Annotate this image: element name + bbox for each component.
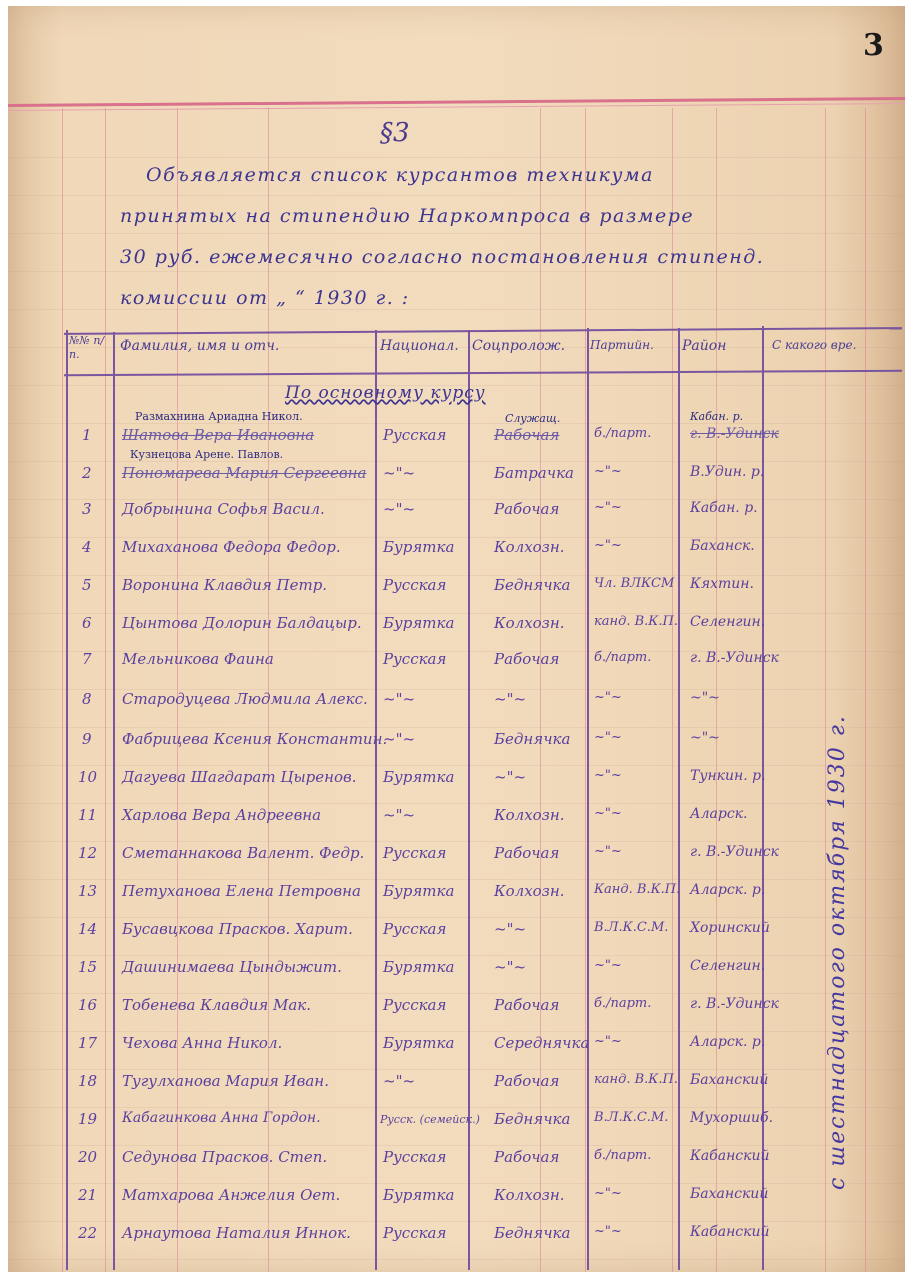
row-number: 19 [78, 1110, 97, 1128]
student-name: Дашинимаева Цындыжит. [122, 958, 342, 976]
party-status: канд. В.К.П. [594, 614, 678, 629]
student-name: Фабрицева Ксения Константин. [122, 730, 387, 748]
social-correction: Служащ. [505, 412, 560, 425]
party-status: ~"~ [594, 1034, 622, 1049]
district: г. В.-Удинск [690, 844, 779, 860]
party-status: ~"~ [594, 768, 622, 783]
party-status: б./парт. [594, 1148, 651, 1163]
heading-line-1: Объявляется список курсантов техникума [120, 155, 900, 196]
row-number: 13 [78, 882, 97, 900]
table-row: Кузнецова Арене. Павлов. 2 Пономарева Ма… [0, 458, 905, 496]
party-status: канд. В.К.П. [594, 1072, 678, 1087]
header-social: Соцпролож. [472, 338, 565, 354]
student-name: Арнаутова Наталия Иннок. [122, 1224, 351, 1242]
row-number: 6 [82, 614, 92, 632]
social-origin: Батрачка [494, 464, 574, 482]
party-status: ~"~ [594, 690, 622, 705]
table-row: 22 Арнаутова Наталия Иннок. Русская Бедн… [0, 1224, 905, 1262]
student-name: Добрынина Софья Васил. [122, 500, 325, 518]
nationality: Бурятка [383, 1034, 454, 1052]
district: г. В.-Удинск [690, 650, 779, 666]
row-number: 7 [82, 650, 92, 668]
party-status: б./парт. [594, 996, 651, 1011]
nationality: Бурятка [383, 958, 454, 976]
nationality: ~"~ [383, 500, 415, 518]
district: Кабанский [690, 1224, 770, 1240]
social-origin: Рабочая [494, 996, 559, 1014]
social-origin: Колхозн. [494, 806, 565, 824]
document-heading: Объявляется список курсантов техникума п… [120, 155, 900, 319]
nationality: Русская [383, 650, 446, 668]
row-number: 2 [82, 464, 92, 482]
heading-line-4: комиссии от „ “ 1930 г. : [120, 278, 900, 319]
district: Баханский [690, 1072, 768, 1088]
student-name: Петуханова Елена Петровна [122, 882, 361, 900]
social-origin: Колхозн. [494, 882, 565, 900]
student-name: Мельникова Фаина [122, 650, 274, 668]
table-row: 4 Михаханова Федора Федор. Бурятка Колхо… [0, 538, 905, 576]
table-row: 8 Стародуцева Людмила Алекс. ~"~ ~"~ ~"~… [0, 690, 905, 728]
social-origin: Колхозн. [494, 614, 565, 632]
since-date-vertical-note: с шестнадцатого октября 1930 г. [825, 714, 850, 1190]
nationality: Бурятка [383, 1186, 454, 1204]
row-number: 21 [78, 1186, 97, 1204]
social-origin: Колхозн. [494, 538, 565, 556]
district: ~"~ [690, 690, 720, 706]
table-subtitle: По основному курсу [285, 383, 486, 403]
nationality: ~"~ [383, 690, 415, 708]
party-status: б./парт. [594, 426, 651, 441]
row-number: 17 [78, 1034, 97, 1052]
header-party: Партийн. [590, 338, 654, 352]
name-correction: Размахнина Ариадна Никол. [135, 410, 303, 423]
row-number: 14 [78, 920, 97, 938]
nationality: Русская [383, 844, 446, 862]
row-number: 1 [82, 426, 92, 444]
nationality: Бурятка [383, 538, 454, 556]
student-name: Цынтова Долорин Балдацыр. [122, 614, 362, 632]
district: В.Удин. р. [690, 464, 764, 480]
table-row: 13 Петуханова Елена Петровна Бурятка Кол… [0, 882, 905, 920]
party-status: В.Л.К.С.М. [594, 1110, 668, 1125]
district: Аларск. р. [690, 882, 765, 898]
student-name: Дагуева Шагдарат Цыренов. [122, 768, 357, 786]
row-number: 5 [82, 576, 92, 594]
district: Тункин. р. [690, 768, 766, 784]
table-row: 12 Сметаннакова Валент. Федр. Русская Ра… [0, 844, 905, 882]
student-name: Матхарова Анжелия Оет. [122, 1186, 340, 1204]
table-row: 15 Дашинимаева Цындыжит. Бурятка ~"~ ~"~… [0, 958, 905, 996]
party-status: ~"~ [594, 500, 622, 515]
district: Кабанский [690, 1148, 770, 1164]
row-number: 16 [78, 996, 97, 1014]
header-name: Фамилия, имя и отч. [120, 338, 279, 354]
header-nationality: Национал. [380, 338, 459, 354]
nationality: Русская [383, 1224, 446, 1242]
district: Кяхтин. [690, 576, 754, 592]
social-origin: Беднячка [494, 1110, 570, 1128]
district: Аларск. [690, 806, 747, 822]
table-row: 19 Кабагинкова Анна Гордон. Русск. (семе… [0, 1110, 905, 1148]
heading-line-3: 30 руб. ежемесячно согласно постановлени… [120, 237, 900, 278]
party-status: ~"~ [594, 730, 622, 745]
student-name: Пономарева Мария Сергеевна [122, 464, 366, 482]
social-origin: Рабочая [494, 844, 559, 862]
table-row: 21 Матхарова Анжелия Оет. Бурятка Колхоз… [0, 1186, 905, 1224]
social-origin: Беднячка [494, 730, 570, 748]
section-mark: §3 [380, 118, 410, 148]
table-row: 6 Цынтова Долорин Балдацыр. Бурятка Колх… [0, 614, 905, 652]
student-name: Тугулханова Мария Иван. [122, 1072, 329, 1090]
district: г. В.-Удинск [690, 426, 779, 442]
header-since: С какого вре. [772, 338, 856, 352]
table-row: 14 Бусавцкова Прасков. Харит. Русская ~"… [0, 920, 905, 958]
student-name: Воронина Клавдия Петр. [122, 576, 327, 594]
social-origin: Середнячка [494, 1034, 589, 1052]
student-name: Михаханова Федора Федор. [122, 538, 341, 556]
row-number: 22 [78, 1224, 97, 1242]
student-name: Сметаннакова Валент. Федр. [122, 844, 364, 862]
table-row: 10 Дагуева Шагдарат Цыренов. Бурятка ~"~… [0, 768, 905, 806]
row-number: 15 [78, 958, 97, 976]
nationality: Бурятка [383, 768, 454, 786]
social-origin: ~"~ [494, 920, 526, 938]
social-origin: Беднячка [494, 1224, 570, 1242]
table-row: 20 Седунова Прасков. Степ. Русская Рабоч… [0, 1148, 905, 1186]
party-status: ~"~ [594, 1186, 622, 1201]
table-row: 16 Тобенева Клавдия Мак. Русская Рабочая… [0, 996, 905, 1034]
district: Мухоршиб. [690, 1110, 773, 1126]
student-name: Тобенева Клавдия Мак. [122, 996, 311, 1014]
party-status: Чл. ВЛКСМ [594, 576, 674, 591]
header-district: Район [682, 338, 726, 354]
table-row: 5 Воронина Клавдия Петр. Русская Беднячк… [0, 576, 905, 614]
nationality: Бурятка [383, 614, 454, 632]
name-correction: Кузнецова Арене. Павлов. [130, 448, 283, 461]
nationality: Русск. (семейск.) [380, 1113, 480, 1126]
nationality: Русская [383, 576, 446, 594]
page-number: 3 [863, 28, 884, 63]
table-row: 18 Тугулханова Мария Иван. ~"~ Рабочая к… [0, 1072, 905, 1110]
student-name: Бусавцкова Прасков. Харит. [122, 920, 353, 938]
row-number: 10 [78, 768, 97, 786]
social-origin: Рабочая [494, 1148, 559, 1166]
row-number: 4 [82, 538, 92, 556]
party-status: ~"~ [594, 806, 622, 821]
nationality: Русская [383, 996, 446, 1014]
table-row: 3 Добрынина Софья Васил. ~"~ Рабочая ~"~… [0, 500, 905, 538]
table-row: 7 Мельникова Фаина Русская Рабочая б./па… [0, 650, 905, 688]
student-name: Стародуцева Людмила Алекс. [122, 690, 368, 708]
social-origin: ~"~ [494, 958, 526, 976]
student-name: Харлова Вера Андреевна [122, 806, 321, 824]
social-origin: Рабочая [494, 650, 559, 668]
district: г. В.-Удинск [690, 996, 779, 1012]
heading-line-2: принятых на стипендию Наркомпроса в разм… [120, 196, 900, 237]
district: Селенгин. [690, 958, 765, 974]
district: Аларск. р. [690, 1034, 765, 1050]
row-number: 20 [78, 1148, 97, 1166]
social-origin: ~"~ [494, 690, 526, 708]
district: Кабан. р. [690, 500, 758, 516]
district: Баханский [690, 1186, 768, 1202]
student-name: Чехова Анна Никол. [122, 1034, 282, 1052]
party-status: ~"~ [594, 958, 622, 973]
row-number: 3 [82, 500, 92, 518]
row-number: 12 [78, 844, 97, 862]
student-name: Кабагинкова Анна Гордон. [122, 1110, 321, 1126]
table-row: 11 Харлова Вера Андреевна ~"~ Колхозн. ~… [0, 806, 905, 844]
nationality: ~"~ [383, 730, 415, 748]
party-status: ~"~ [594, 844, 622, 859]
student-name: Шатова Вера Ивановна [122, 426, 314, 444]
row-number: 9 [82, 730, 92, 748]
social-origin: Рабочая [494, 426, 559, 444]
row-number: 8 [82, 690, 92, 708]
party-status: В.Л.К.С.М. [594, 920, 668, 935]
social-origin: Рабочая [494, 500, 559, 518]
nationality: Русская [383, 1148, 446, 1166]
district: Селенгин. [690, 614, 765, 630]
district: Баханск. [690, 538, 755, 554]
social-origin: Рабочая [494, 1072, 559, 1090]
district-correction: Кабан. р. [690, 410, 743, 423]
party-status: Канд. В.К.П. [594, 882, 680, 897]
social-origin: ~"~ [494, 768, 526, 786]
nationality: ~"~ [383, 1072, 415, 1090]
student-name: Седунова Прасков. Степ. [122, 1148, 327, 1166]
district: Хоринский [690, 920, 770, 936]
row-number: 18 [78, 1072, 97, 1090]
table-row: 17 Чехова Анна Никол. Бурятка Середнячка… [0, 1034, 905, 1072]
social-origin: Беднячка [494, 576, 570, 594]
nationality: Русская [383, 920, 446, 938]
row-number: 11 [78, 806, 97, 824]
nationality: ~"~ [383, 464, 415, 482]
district: ~"~ [690, 730, 720, 746]
header-num: №№ п/п. [69, 334, 109, 362]
social-origin: Колхозн. [494, 1186, 565, 1204]
party-status: ~"~ [594, 1224, 622, 1239]
party-status: ~"~ [594, 464, 622, 479]
nationality: ~"~ [383, 806, 415, 824]
party-status: б./парт. [594, 650, 651, 665]
nationality: Русская [383, 426, 446, 444]
table-row: 9 Фабрицева Ксения Константин. ~"~ Бедня… [0, 730, 905, 768]
nationality: Бурятка [383, 882, 454, 900]
party-status: ~"~ [594, 538, 622, 553]
